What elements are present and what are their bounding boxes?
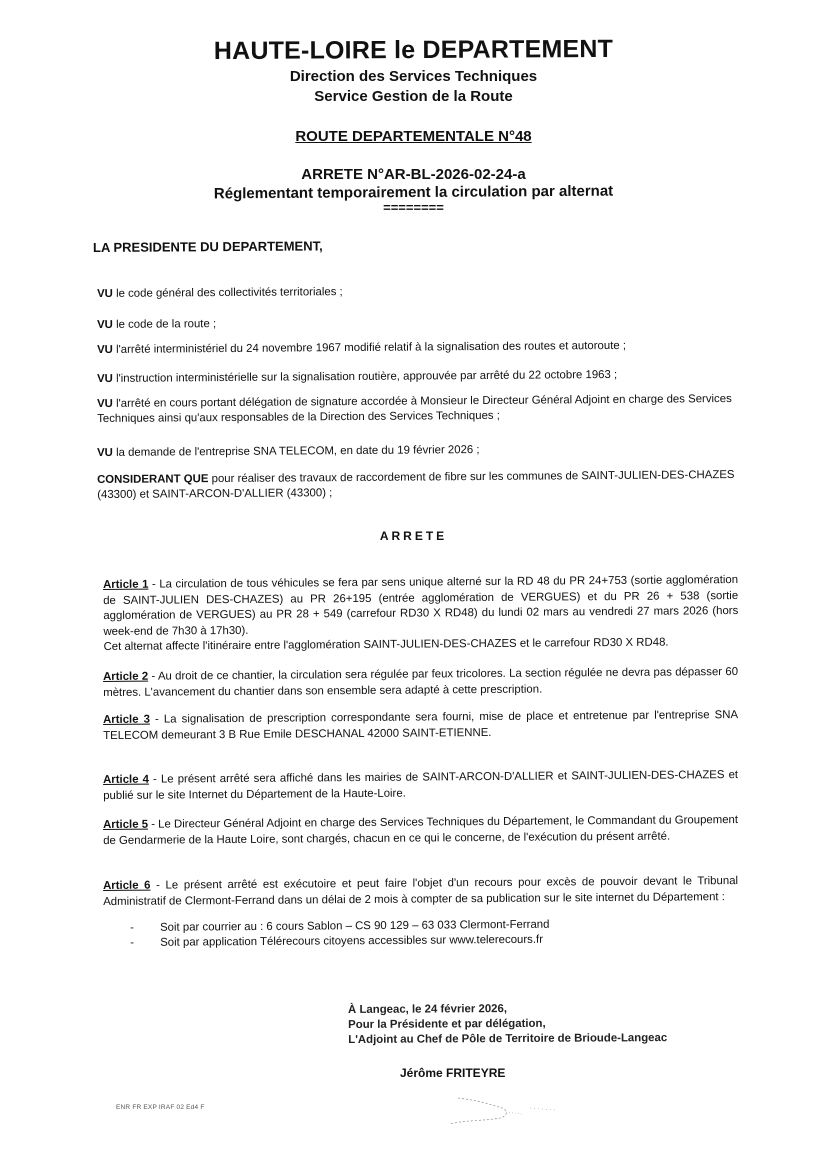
article-text: - La signalisation de prescription corre… (103, 709, 738, 741)
separator: ======== (0, 200, 827, 215)
authority-heading: LA PRESIDENTE DU DEPARTEMENT, (93, 238, 323, 255)
vu-text: l'instruction interministérielle sur la … (113, 369, 617, 385)
appeal-options: -Soit par courrier au : 6 cours Sablon –… (130, 916, 730, 951)
signer-role: L'Adjoint au Chef de Pôle de Territoire … (348, 1031, 667, 1048)
route-heading: ROUTE DEPARTEMENTALE N°48 (0, 128, 827, 145)
bullet-dash: - (130, 921, 160, 936)
vu-item: VU la demande de l'entreprise SNA TELECO… (97, 441, 737, 461)
article-5: Article 5 - Le Directeur Général Adjoint… (103, 813, 738, 849)
vu-text: le code général des collectivités territ… (113, 286, 343, 300)
vu-item: VU l'arrêté interministériel du 24 novem… (97, 338, 797, 358)
article-1: Article 1 - La circulation de tous véhic… (103, 573, 739, 655)
considerant: CONSIDERANT QUE pour réaliser des travau… (97, 468, 737, 503)
vu-item: VU le code général des collectivités ter… (97, 282, 737, 302)
vu-lead: VU (97, 288, 113, 300)
article-text: - Le présent arrêté est exécutoire et pe… (103, 875, 738, 907)
vu-lead: VU (97, 319, 113, 331)
arrete-number: ARRETE N°AR-BL-2026-02-24-a (0, 166, 827, 183)
article-label: Article 6 (103, 880, 151, 892)
article-4: Article 4 - Le présent arrêté sera affic… (103, 768, 738, 804)
article-label: Article 1 (103, 579, 148, 591)
service-name: Service Gestion de la Route (0, 88, 827, 105)
vu-item: VU le code de la route ; (97, 313, 737, 333)
article-text: - La circulation de tous véhicules se fe… (103, 574, 738, 637)
appeal-option-text: Soit par application Télérecours citoyen… (160, 933, 543, 951)
vu-lead: VU (97, 344, 113, 356)
article-3: Article 3 - La signalisation de prescrip… (103, 708, 738, 744)
direction-name: Direction des Services Techniques (0, 68, 827, 85)
article-label: Article 5 (103, 819, 148, 831)
handwritten-signature-icon (430, 1090, 570, 1135)
vu-text: le code de la route ; (113, 318, 216, 331)
arrete-heading: ARRETE (0, 529, 827, 543)
route-heading-text: ROUTE DEPARTEMENTALE N°48 (295, 128, 531, 145)
article-label: Article 4 (103, 774, 149, 786)
vu-text: l'arrêté interministériel du 24 novembre… (113, 340, 626, 356)
article-extra: Cet alternat affecte l'itinéraire entre … (103, 637, 668, 653)
vu-item: VU l'instruction interministérielle sur … (97, 367, 797, 387)
article-text: - Le Directeur Général Adjoint en charge… (103, 814, 738, 846)
vu-item: VU l'arrêté en cours portant délégation … (97, 392, 742, 427)
article-text: - Le présent arrêté sera affiché dans le… (103, 769, 738, 801)
article-label: Article 2 (103, 671, 148, 683)
considerant-lead: CONSIDERANT QUE (97, 473, 208, 486)
department-title: HAUTE-LOIRE le DEPARTEMENT (0, 34, 827, 67)
article-2: Article 2 - Au droit de ce chantier, la … (103, 665, 738, 701)
vu-text: l'arrêté en cours portant délégation de … (97, 393, 732, 425)
vu-text: la demande de l'entreprise SNA TELECOM, … (113, 444, 480, 459)
vu-lead: VU (97, 398, 113, 410)
article-label: Article 3 (103, 714, 150, 726)
vu-lead: VU (97, 447, 113, 459)
article-6: Article 6 - Le présent arrêté est exécut… (103, 874, 738, 910)
signer-name: Jérôme FRITEYRE (400, 1066, 505, 1080)
signature-block: À Langeac, le 24 février 2026, Pour la P… (348, 1001, 667, 1048)
vu-lead: VU (97, 373, 113, 385)
form-code: ENR FR EXP IRAF 02 Ed4 F (116, 1104, 204, 1111)
bullet-dash: - (130, 936, 160, 951)
article-text: - Au droit de ce chantier, la circulatio… (103, 666, 738, 698)
